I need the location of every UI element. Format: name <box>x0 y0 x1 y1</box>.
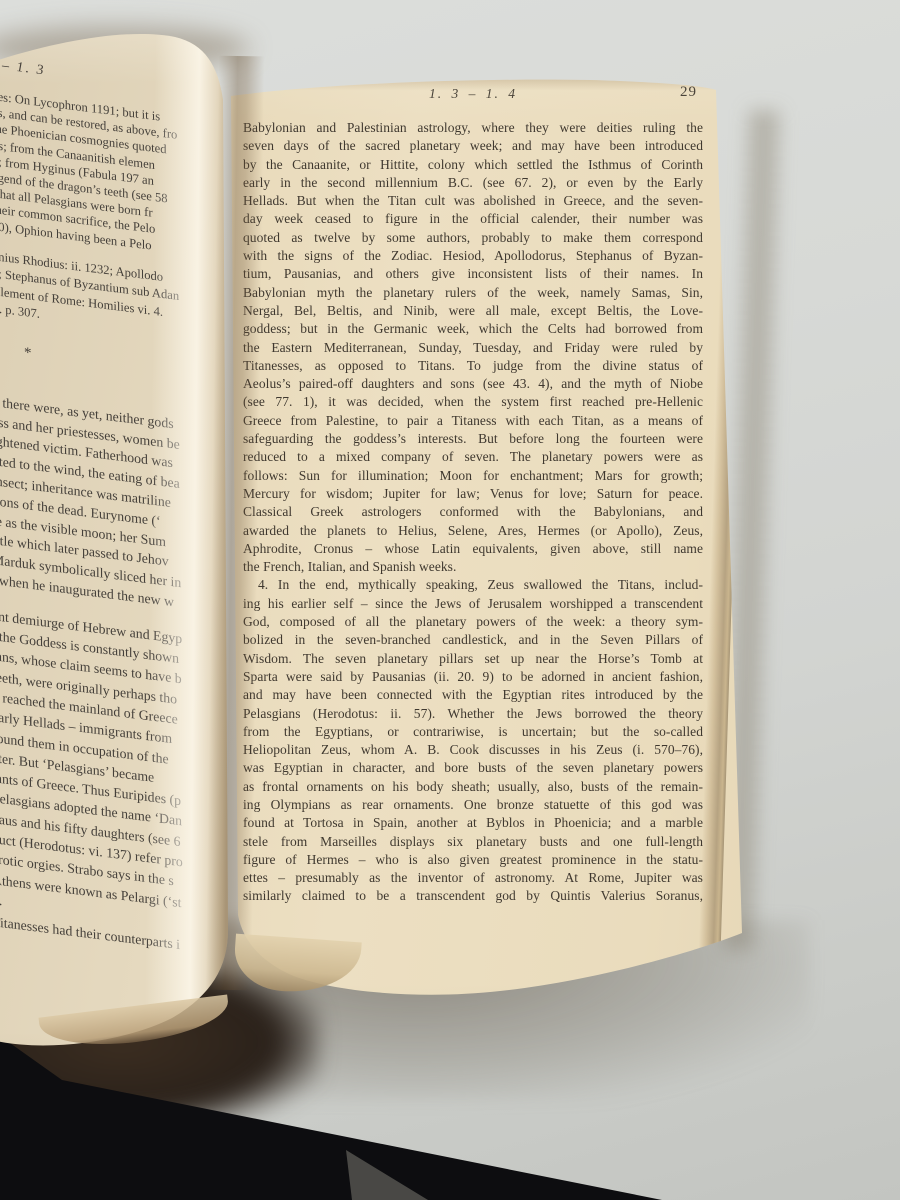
right-page-header: 1. 3 – 1. 4 29 <box>243 86 703 106</box>
text-line: Babylonian and Palestinian astrology, wh… <box>243 119 703 137</box>
text-line: Aphrodite, Cronus – whose Latin equivale… <box>243 540 703 558</box>
text-line: Nergal, Bel, Beltis, and Ninib, were all… <box>243 302 703 320</box>
text-line: the Eastern Mediterranean, Sunday, Tuesd… <box>243 339 703 357</box>
text-line: (see 77. 1), it was decided, when the sy… <box>243 393 703 411</box>
text-line: was Egyptian in character, and bore bust… <box>243 759 703 777</box>
text-line: ing his earlier self – since the Jews of… <box>243 595 703 613</box>
text-line: Classical Greek astrologers conformed wi… <box>243 503 703 521</box>
text-line: similarly claimed to be a transcendent g… <box>243 887 703 905</box>
text-line: Titanesses, as opposed to Titans. To jud… <box>243 357 703 375</box>
text-line: Heliopolitan Zeus, whom A. B. Cook discu… <box>243 741 703 759</box>
text-line: Pelasgians (Herodotus: ii. 57). Whether … <box>243 705 703 723</box>
text-line: seven days of the sacred planetary week;… <box>243 137 703 155</box>
right-page-text: Babylonian and Palestinian astrology, wh… <box>243 119 703 906</box>
text-line: and may have been connected with the Egy… <box>243 686 703 704</box>
text-line: found at Tortosa in Spain, another at By… <box>243 814 703 832</box>
text-line: Greece from Palestine, to pair a Titanes… <box>243 412 703 430</box>
text-line: stele from Marseilles displays six plane… <box>243 833 703 851</box>
text-line: Mercury for wisdom; Jupiter for law; Ven… <box>243 485 703 503</box>
running-head: 1. 3 – 1. 4 <box>243 86 703 102</box>
page-number: 29 <box>680 84 697 101</box>
text-line: Aeolus’s paired-off daughters and sons (… <box>243 375 703 393</box>
text-line: from the Egyptians, or contrariwise, is … <box>243 723 703 741</box>
paragraph-1: Babylonian and Palestinian astrology, wh… <box>243 119 703 576</box>
text-line: day week ceased to figure in the officia… <box>243 210 703 228</box>
text-line: figure of Hermes – who is also given gre… <box>243 851 703 869</box>
text-line: ettes – presumably as the inventor of as… <box>243 869 703 887</box>
book-photo: – 1. 3 zes: On Lycophron 1191; but it is… <box>0 0 900 1200</box>
text-line: ing Olympians as rear ornaments. One bro… <box>243 796 703 814</box>
text-line: bolized in the seven-branched candlestic… <box>243 631 703 649</box>
text-line: Wisdom. The seven planetary pillars set … <box>243 650 703 668</box>
text-line: follows: Sun for illumination; Moon for … <box>243 467 703 485</box>
text-line: Hellads. But when the Titan cult was abo… <box>243 192 703 210</box>
text-line: the French, Italian, and Spanish weeks. <box>243 558 703 576</box>
paragraph-2: 4. In the end, mythically speaking, Zeus… <box>243 576 703 905</box>
text-line: Sparta were said by Pausanias (ii. 20. 9… <box>243 668 703 686</box>
text-line: with the signs of the Zodiac. Hesiod, Ap… <box>243 247 703 265</box>
text-line: early in the second millennium B.C. (see… <box>243 174 703 192</box>
text-line: 4. In the end, mythically speaking, Zeus… <box>243 576 703 594</box>
text-line: safeguarding the goddess’s interests. Bu… <box>243 430 703 448</box>
text-line: goddess; but in the Germanic week, which… <box>243 320 703 338</box>
text-line: reduced to a mixed company of seven. The… <box>243 448 703 466</box>
text-line: as frontal ornaments on his body sheath;… <box>243 778 703 796</box>
text-line: tium, Pausanias, and others give inconsi… <box>243 265 703 283</box>
text-line: God, composed of all the planetary power… <box>243 613 703 631</box>
text-line: Babylonian myth the planetary rulers of … <box>243 284 703 302</box>
text-line: by the Canaanite, or Hittite, colony whi… <box>243 156 703 174</box>
text-line: awarded the planets to Helius, Selene, A… <box>243 522 703 540</box>
text-line: quoted as twelve by some authors, probab… <box>243 229 703 247</box>
